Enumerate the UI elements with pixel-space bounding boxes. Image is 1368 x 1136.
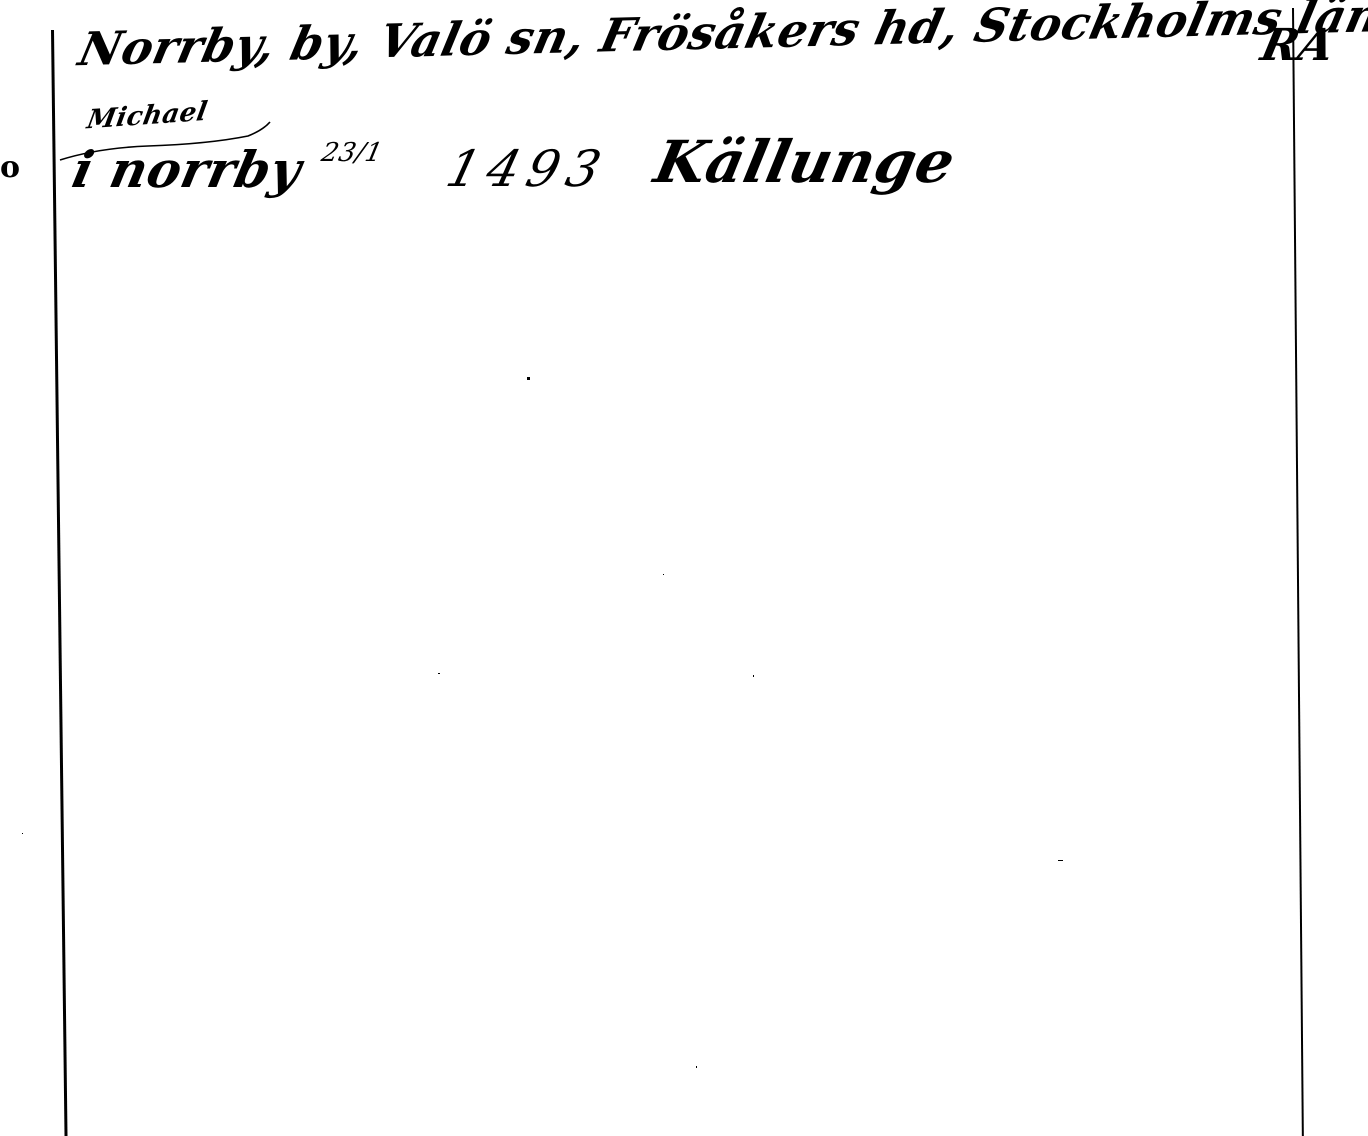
right-margin-rule — [1292, 8, 1304, 1136]
scan-speck — [527, 377, 530, 380]
scan-speck — [696, 1066, 697, 1068]
right-margin-mark: RA — [1257, 20, 1340, 71]
scan-speck — [1058, 860, 1063, 861]
left-margin-rule — [51, 30, 68, 1136]
scan-speck — [438, 673, 440, 674]
entry-year: 1493 — [441, 140, 615, 198]
scan-speck — [753, 675, 754, 677]
scan-speck — [663, 574, 664, 575]
index-card: o Norrby, by, Valö sn, Frösåkers hd, Sto… — [0, 0, 1368, 1136]
entry-name: i norrby — [67, 140, 306, 199]
left-margin-mark: o — [0, 150, 21, 185]
heading-line: Norrby, by, Valö sn, Frösåkers hd, Stock… — [74, 0, 1368, 76]
entry-place: Källunge — [649, 128, 961, 196]
scan-speck — [22, 833, 23, 834]
entry-date: 23/1 — [319, 138, 386, 168]
